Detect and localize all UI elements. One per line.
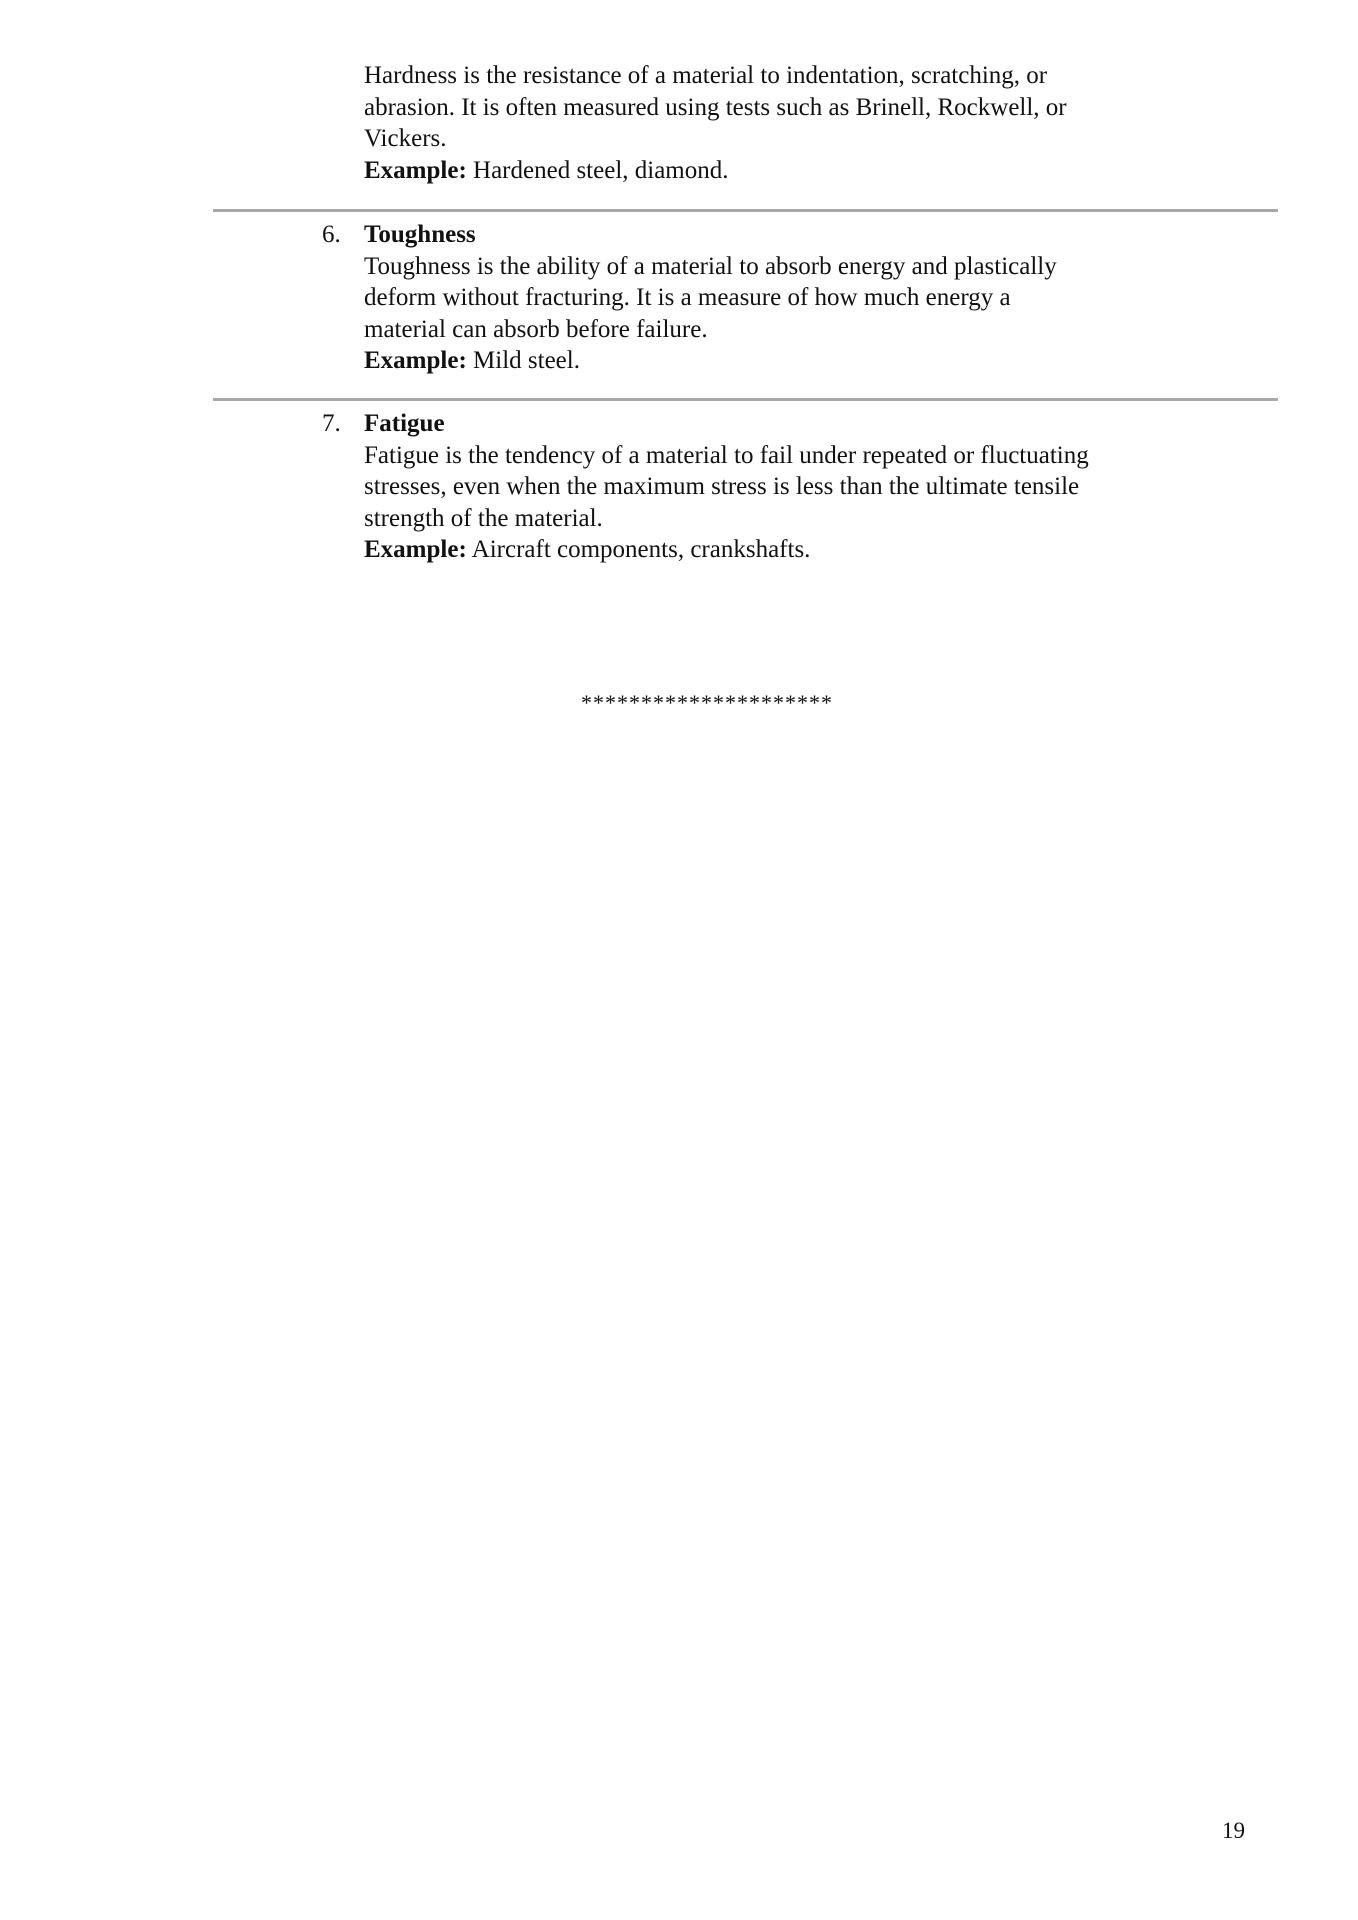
hardness-line-1: Hardness is the resistance of a material… (364, 60, 1184, 92)
toughness-line-3: material can absorb before failure. (364, 314, 1184, 346)
example-label: Example: (364, 347, 467, 374)
end-marker: ********************* (0, 690, 1358, 716)
example-label: Example: (364, 157, 467, 184)
hardness-line-2: abrasion. It is often measured using tes… (364, 92, 1184, 124)
fatigue-example: Example: Aircraft components, crankshaft… (364, 534, 1184, 566)
example-text: Hardened steel, diamond. (467, 157, 729, 184)
fatigue-line-2: stresses, even when the maximum stress i… (364, 471, 1184, 503)
toughness-section: Toughness Toughness is the ability of a … (364, 219, 1184, 377)
hardness-example: Example: Hardened steel, diamond. (364, 155, 1184, 187)
fatigue-heading: Fatigue (364, 410, 445, 437)
section-divider (213, 398, 1278, 401)
example-text: Aircraft components, crankshafts. (467, 536, 811, 563)
section-divider (213, 209, 1278, 212)
fatigue-section: Fatigue Fatigue is the tendency of a mat… (364, 408, 1184, 566)
item-number-6: 6. (322, 219, 341, 251)
example-label: Example: (364, 536, 467, 563)
example-text: Mild steel. (467, 347, 580, 374)
toughness-line-1: Toughness is the ability of a material t… (364, 251, 1184, 283)
page-number: 19 (1222, 1818, 1245, 1844)
fatigue-line-1: Fatigue is the tendency of a material to… (364, 440, 1184, 472)
toughness-example: Example: Mild steel. (364, 345, 1184, 377)
item-number-7: 7. (322, 408, 341, 440)
fatigue-line-3: strength of the material. (364, 503, 1184, 535)
toughness-heading: Toughness (364, 221, 476, 248)
hardness-section: Hardness is the resistance of a material… (364, 60, 1184, 186)
toughness-line-2: deform without fracturing. It is a measu… (364, 282, 1184, 314)
hardness-line-3: Vickers. (364, 123, 1184, 155)
